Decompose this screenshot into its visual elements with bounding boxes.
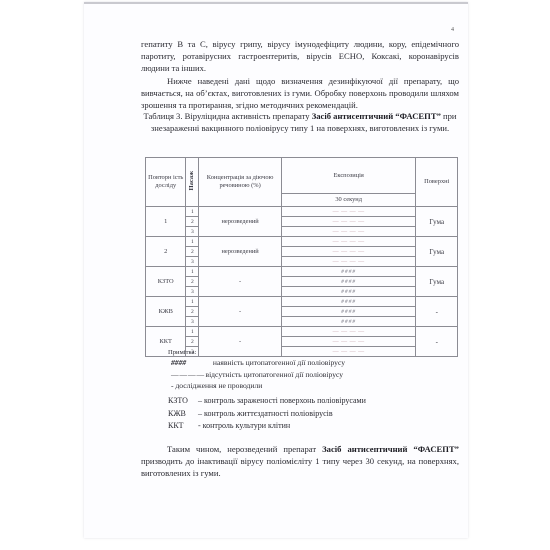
cell-passage: 2: [186, 277, 199, 287]
table-row: 2— — — —: [146, 337, 458, 347]
caption-product-name: Засіб антисептичний “ФАСЕПТ”: [312, 111, 441, 121]
cell-passage: 2: [186, 247, 199, 257]
cell-repeat: 2: [146, 237, 186, 267]
header-passage: Пасаж: [186, 158, 199, 207]
cell-passage: 3: [186, 257, 199, 267]
paragraph-virus-list: гепатиту В та С, вірусу грипу, вірусу ім…: [141, 38, 459, 75]
table-row: 11нерозведений— — — —Гума: [146, 207, 458, 217]
cell-surface: -: [416, 297, 458, 327]
cell-repeat: КЖВ: [146, 297, 186, 327]
table-row: КЖВ1-####-: [146, 297, 458, 307]
cell-result-positive: ####: [281, 277, 416, 287]
header-exposure-time: 30 секунд: [281, 194, 416, 207]
cell-surface: Гума: [416, 207, 458, 237]
cell-result-negative: — — — —: [281, 257, 416, 267]
cell-result-negative: — — — —: [281, 247, 416, 257]
cell-concentration: -: [199, 297, 282, 327]
cell-result-positive: ####: [281, 307, 416, 317]
cell-result-negative: — — — —: [281, 347, 416, 357]
cell-passage: 1: [186, 297, 199, 307]
header-passage-text: Пасаж: [188, 171, 196, 191]
cell-result-positive: ####: [281, 287, 416, 297]
cell-result-positive: ####: [281, 297, 416, 307]
abbreviation-kzhv: КЖВ– контроль життєздатності поліовірусі…: [168, 408, 333, 420]
cell-result-negative: — — — —: [281, 217, 416, 227]
table-row: 3####: [146, 287, 458, 297]
table-row: 3####: [146, 317, 458, 327]
cell-passage: 1: [186, 267, 199, 277]
abbreviation-text: - контроль культури клітин: [198, 421, 290, 430]
cell-surface: Гума: [416, 237, 458, 267]
abbreviation-key: ККТ: [168, 420, 198, 432]
legend-item-presence: #### наявність цитопатогенної дії поліов…: [171, 357, 345, 368]
table-row: 2####: [146, 307, 458, 317]
virucidal-activity-table: Повторн ість досліду Пасаж Концентрація …: [145, 157, 458, 357]
cell-result-positive: ####: [281, 267, 416, 277]
cell-concentration: -: [199, 267, 282, 297]
legend-item-absence: — — — — відсутність цитопатогенної дії п…: [171, 369, 343, 380]
cell-passage: 2: [186, 307, 199, 317]
cell-passage: 2: [186, 337, 199, 347]
cell-result-negative: — — — —: [281, 327, 416, 337]
cell-repeat: КЗТО: [146, 267, 186, 297]
table-caption: Таблиця 3. Віруліцидна активність препар…: [141, 110, 459, 134]
cell-passage: 3: [186, 287, 199, 297]
paragraph-method: Нижче наведені дані щодо визначення дези…: [141, 75, 459, 112]
cell-result-negative: — — — —: [281, 207, 416, 217]
abbreviation-text: – контроль життєздатності поліовірусів: [198, 409, 333, 418]
table-row: 3— — — —: [146, 257, 458, 267]
abbreviation-kzto: КЗТО– контроль зараженості поверхонь пол…: [168, 395, 366, 407]
cell-result-negative: — — — —: [281, 337, 416, 347]
header-exposure: Експозиція: [281, 158, 416, 194]
table-row: КЗТО1-####Гума: [146, 267, 458, 277]
cell-passage: 1: [186, 207, 199, 217]
cell-result-negative: — — — —: [281, 227, 416, 237]
legend-item-not-done: - дослідження не проводили: [171, 380, 262, 391]
legend-symbol-hash: ####: [171, 357, 211, 368]
cell-passage: 1: [186, 327, 199, 337]
legend-text: наявність цитопатогенної дії поліовірусу: [213, 358, 345, 367]
paragraph-method-text: Нижче наведені дані щодо визначення дези…: [141, 76, 459, 110]
abbreviation-key: КЗТО: [168, 395, 198, 407]
conclusion-prefix: Таким чином, нерозведений препарат: [167, 444, 322, 454]
cell-concentration: нерозведений: [199, 207, 282, 237]
table-row: 2— — — —: [146, 217, 458, 227]
page-number: 4: [451, 27, 454, 33]
legend-symbol-minus: -: [171, 381, 174, 390]
header-concentration: Концентрація за діючою речовиною (%): [199, 158, 282, 207]
cell-passage: 2: [186, 217, 199, 227]
cell-passage: 3: [186, 227, 199, 237]
cell-concentration: нерозведений: [199, 237, 282, 267]
cell-surface: -: [416, 327, 458, 357]
header-surface: Поверхні: [416, 158, 458, 207]
legend-symbol-dash: — — — —: [171, 369, 204, 380]
table-row: 3— — — —: [146, 227, 458, 237]
table-row: 2— — — —: [146, 247, 458, 257]
cell-passage: 1: [186, 237, 199, 247]
cell-surface: Гума: [416, 267, 458, 297]
header-repeat: Повторн ість досліду: [146, 158, 186, 207]
table-row: 21нерозведений— — — —Гума: [146, 237, 458, 247]
cell-result-positive: ####: [281, 317, 416, 327]
cell-concentration: -: [199, 327, 282, 357]
conclusion-product-name: Засіб антисептичний “ФАСЕПТ”: [322, 444, 459, 454]
conclusion-suffix: призводить до інактивації вірусу поліомі…: [141, 456, 459, 478]
table-row: ККТ1-— — — —-: [146, 327, 458, 337]
cell-result-negative: — — — —: [281, 237, 416, 247]
legend-text: відсутність цитопатогенної дії поліовіру…: [205, 370, 343, 379]
legend-text: дослідження не проводили: [175, 381, 262, 390]
table-row: 2####: [146, 277, 458, 287]
caption-prefix: Таблиця 3. Віруліцидна активність препар…: [143, 111, 311, 121]
cell-passage: 3: [186, 317, 199, 327]
abbreviation-kkt: ККТ- контроль культури клітин: [168, 420, 290, 432]
paragraph-conclusion: Таким чином, нерозведений препарат Засіб…: [141, 443, 459, 480]
abbreviation-key: КЖВ: [168, 408, 198, 420]
cell-repeat: 1: [146, 207, 186, 237]
abbreviation-text: – контроль зараженості поверхонь поліові…: [198, 396, 366, 405]
